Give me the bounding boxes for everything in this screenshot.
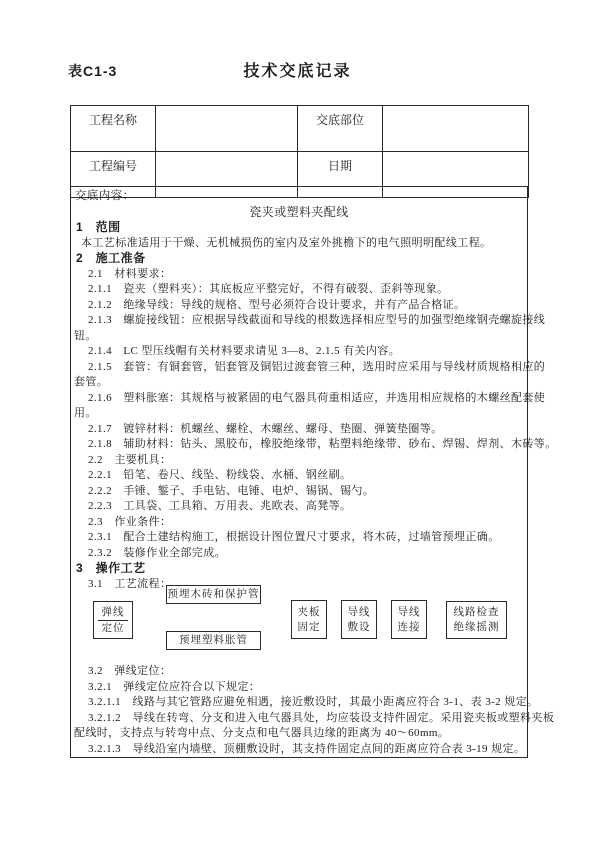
flow-box-label: 线路检查: [447, 605, 506, 620]
content-line-3: 本工艺标准适用于干燥、无机械损伤的室内及室外挑檐下的电气照明明配线工程。: [71, 236, 527, 252]
content-line-1: 瓷夹或塑料夹配线: [71, 205, 527, 221]
page-title: 技术交底记录: [0, 58, 595, 81]
content-line-6: 2.1.1 瓷夹（塑料夹）：其底板应平整完好，不得有破裂、歪斜等现象。: [71, 282, 527, 298]
content-line-9: 钮。: [71, 329, 527, 345]
content-line-16: 2.1.8 辅助材料：钻头、黑胶布，橡胶绝缘带，粘塑料绝缘带、砂布、焊锡、焊剂、…: [71, 437, 527, 453]
flow-box-label: 连接: [392, 620, 426, 635]
info-table: 工程名称 交底部位 工程编号 日期: [70, 105, 529, 198]
flow-box-label: 预埋木砖和保护管: [167, 587, 260, 602]
content-line-22: 2.3.1 配合土建结构施工，根据设计图位置尺寸要求，将木砖，过墙管预埋正确。: [71, 530, 527, 546]
content-line-20: 2.2.3 工具袋、工具箱、万用表、兆欧表、高凳等。: [71, 499, 527, 515]
process-flowchart: 弹线定位预埋木砖和保护管预埋塑料胀管夹板固定导线敷设导线连接线路检查绝缘摇测: [71, 592, 527, 664]
flow-box-embed-wood-brick-protection-pipe: 预埋木砖和保护管: [166, 585, 261, 604]
content-line-4: 2 施工准备: [71, 251, 527, 267]
content-line-after-2: 3.2.1.1 线路与其它管路应避免相遇，接近敷设时，其最小距离应符合 3-1、…: [71, 695, 527, 711]
flow-box-circuit-check-insulation-test: 线路检查绝缘摇测: [446, 601, 507, 639]
content-line-after-0: 3.2 弹线定位：: [71, 664, 527, 680]
flow-box-label: 弹线: [98, 605, 128, 621]
content-lines-before-flow: 交底内容：瓷夹或塑料夹配线1 范围本工艺标准适用于干燥、无机械损伤的室内及室外挑…: [71, 189, 527, 592]
content-line-11: 2.1.5 套管：有铜套管，铝套管及铜铝过渡套管三种，选用时应采用与导线材质规格…: [71, 360, 527, 376]
flow-box-snap-line-positioning: 弹线定位: [93, 601, 133, 639]
content-line-21: 2.3 作业条件：: [71, 515, 527, 531]
content-line-7: 2.1.2 绝缘导线：导线的规格、型号必须符合设计要求，并有产品合格证。: [71, 298, 527, 314]
content-line-8: 2.1.3 螺旋接线钮：应根据导线截面和导线的根数选择相应型号的加强型绝缘钢壳螺…: [71, 313, 527, 329]
disclosure-part-value: [383, 106, 529, 152]
flow-box-embed-plastic-expansion-pipe: 预埋塑料胀管: [166, 631, 261, 650]
content-line-12: 套管。: [71, 375, 527, 391]
flow-box-label: 固定: [292, 620, 326, 635]
content-line-24: 3 操作工艺: [71, 561, 527, 577]
flow-box-wire-laying: 导线敷设: [341, 600, 377, 639]
content-line-17: 2.2 主要机具：: [71, 453, 527, 469]
content-line-14: 用。: [71, 406, 527, 422]
content-line-18: 2.2.1 铅笔、卷尺、线坠、粉线袋、水桶、钢丝刷。: [71, 468, 527, 484]
disclosure-content-cell: 交底内容：瓷夹或塑料夹配线1 范围本工艺标准适用于干燥、无机械损伤的室内及室外挑…: [70, 186, 528, 758]
content-line-19: 2.2.2 手锤、錾子、手电钻、电锤、电炉、锡锅、锡勺。: [71, 484, 527, 500]
content-line-10: 2.1.4 LC 型压线帽有关材料要求请见 3—8、2.1.5 有关内容。: [71, 344, 527, 360]
flow-box-wire-connecting: 导线连接: [391, 600, 427, 639]
content-line-25: 3.1 工艺流程：: [71, 577, 527, 593]
content-line-13: 2.1.6 塑料胀塞：其规格与被紧固的电气器具荷重相适应，并选用相应规格的木螺丝…: [71, 391, 527, 407]
flow-box-label: 夹板: [292, 605, 326, 620]
content-line-after-5: 3.2.1.3 导线沿室内墙壁、顶棚敷设时，其支持件固定点间的距离应符合表 3-…: [71, 742, 527, 758]
project-name-label: 工程名称: [71, 106, 156, 152]
info-table-row: 工程名称 交底部位: [71, 106, 529, 152]
content-line-after-1: 3.2.1 弹线定位应符合以下规定：: [71, 680, 527, 696]
content-line-after-4: 配线时，支持点与转弯中点、分支点和电气器具边缘的距离为 40～60mm。: [71, 726, 527, 742]
flow-box-label: 导线: [392, 605, 426, 620]
flow-box-label: 定位: [94, 621, 132, 636]
flow-box-clamp-board-fixing: 夹板固定: [291, 600, 327, 639]
flow-box-label: 绝缘摇测: [447, 620, 506, 635]
disclosure-part-label: 交底部位: [298, 106, 383, 152]
flow-box-label: 敷设: [342, 620, 376, 635]
flow-box-label: 导线: [342, 605, 376, 620]
content-line-23: 2.3.2 装修作业全部完成。: [71, 546, 527, 562]
content-line-2: 1 范围: [71, 220, 527, 236]
project-name-value: [156, 106, 298, 152]
content-lines-after-flow: 3.2 弹线定位：3.2.1 弹线定位应符合以下规定：3.2.1.1 线路与其它…: [71, 664, 527, 757]
content-line-15: 2.1.7 镀锌材料：机螺丝、螺栓、木螺丝、螺母、垫圈、弹簧垫圈等。: [71, 422, 527, 438]
content-line-0: 交底内容：: [71, 189, 527, 205]
flow-box-label: 预埋塑料胀管: [167, 633, 260, 648]
content-line-after-3: 3.2.1.2 导线在转弯、分支和进入电气器具处，均应装设支持件固定。采用瓷夹板…: [71, 711, 527, 727]
content-line-5: 2.1 材料要求：: [71, 267, 527, 283]
